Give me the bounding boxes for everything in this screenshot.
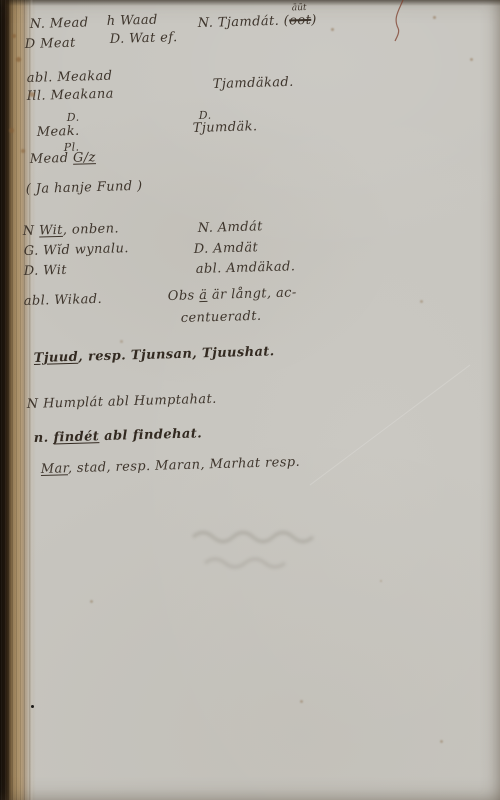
line-abl-wikad: abl. Wikad. (24, 292, 103, 309)
line-humplat: N Humplát abl Humptahat. (27, 392, 217, 412)
tjuud-word: Tjuud (34, 350, 79, 366)
tjamdat-superscript: āūt (292, 3, 307, 13)
findet-word: findét (53, 429, 99, 445)
foxing-spot (300, 700, 303, 703)
show-through-ghost-text (185, 515, 365, 590)
red-fiber (388, 0, 414, 42)
line-n-tjamdat: N. Tjamdát. (āūtoot) (198, 13, 317, 31)
tjamdat-prefix: N. Tjamdát. ( (198, 13, 290, 31)
line-d-meat: D Meat (25, 36, 76, 52)
mead-plural-suffix: G/z (73, 150, 96, 166)
foxing-spot (12, 34, 16, 38)
line-obs-note-2: centueradt. (181, 309, 262, 326)
line-d-amdat: D. Amdät (194, 240, 259, 257)
paper-scratch (300, 360, 480, 490)
tjamdat-suffix: ) (311, 13, 317, 28)
line-tjumdak: Tjumdäk. (193, 119, 258, 136)
line-g-wid: G. Wĭd wynalu. (24, 241, 129, 259)
line-tjuud: Tjuud, resp. Tjunsan, Tjuushat. (34, 344, 275, 366)
foxing-spot (9, 128, 14, 133)
foxing-spot (120, 340, 123, 343)
line-mar: Mar, stad, resp. Maran, Marhat resp. (41, 455, 301, 477)
line-d-wit: D. Wit (24, 263, 68, 279)
line-obs-note-1: Obs ä är långt, ac- (168, 285, 297, 304)
ink-dot (31, 705, 34, 708)
line-abl-meakad: abl. Meakad (27, 69, 113, 86)
line-n-amdat: N. Amdát (198, 219, 263, 236)
foxing-spot (29, 92, 35, 97)
findet-prefix: n. (34, 430, 54, 446)
line-abl-amdakad: abl. Amdäkad. (196, 259, 296, 277)
foxing-spot (331, 28, 334, 31)
line-n-wit: N Wit, onben. (23, 221, 120, 239)
mar-suffix: , stad, resp. Maran, Marhat resp. (68, 455, 301, 476)
line-parenthetical-note: ( Ja hanje Fund ) (26, 179, 143, 197)
line-d-wat-ef: D. Wat ef. (110, 30, 178, 47)
foxing-spot (21, 149, 25, 153)
mead-plural-prefix: Mead (30, 151, 74, 167)
line-ill-meakana: Ill. Meakana (27, 87, 114, 104)
line-h-waad: h Waad (107, 13, 158, 29)
tjamdat-correction: āūtoot (289, 13, 311, 29)
manuscript-page-scan: N. Mead h Waad N. Tjamdát. (āūtoot) D Me… (0, 0, 500, 800)
line-mead-plural: Mead G/z (30, 150, 96, 167)
wit-suffix: , onben. (63, 221, 120, 238)
findet-suffix: abl findehat. (99, 426, 202, 444)
obs-prefix: Obs (168, 288, 200, 304)
book-binding-edge (0, 0, 26, 800)
wit-word: Wit (39, 223, 63, 239)
wit-prefix: N (23, 224, 40, 239)
mar-word: Mar (41, 461, 68, 477)
line-n-mead: N. Mead (30, 15, 89, 32)
tjuud-suffix: , resp. Tjunsan, Tjuushat. (78, 344, 275, 364)
foxing-spot (470, 58, 473, 61)
line-d-abbrev-left: D. (67, 111, 80, 124)
foxing-spot (16, 57, 21, 62)
obs-suffix: är långt, ac- (207, 285, 297, 302)
tjamdat-struck-word: oot (289, 13, 311, 29)
foxing-spot (380, 580, 382, 582)
line-findet: n. findét abl findehat. (34, 426, 203, 446)
line-tjamdakad: Tjamdäkad. (213, 75, 294, 92)
foxing-spot (440, 740, 443, 743)
foxing-spot (90, 600, 93, 603)
foxing-spot (420, 300, 423, 303)
foxing-spot (433, 16, 436, 19)
line-meak: Meak. (37, 124, 80, 140)
